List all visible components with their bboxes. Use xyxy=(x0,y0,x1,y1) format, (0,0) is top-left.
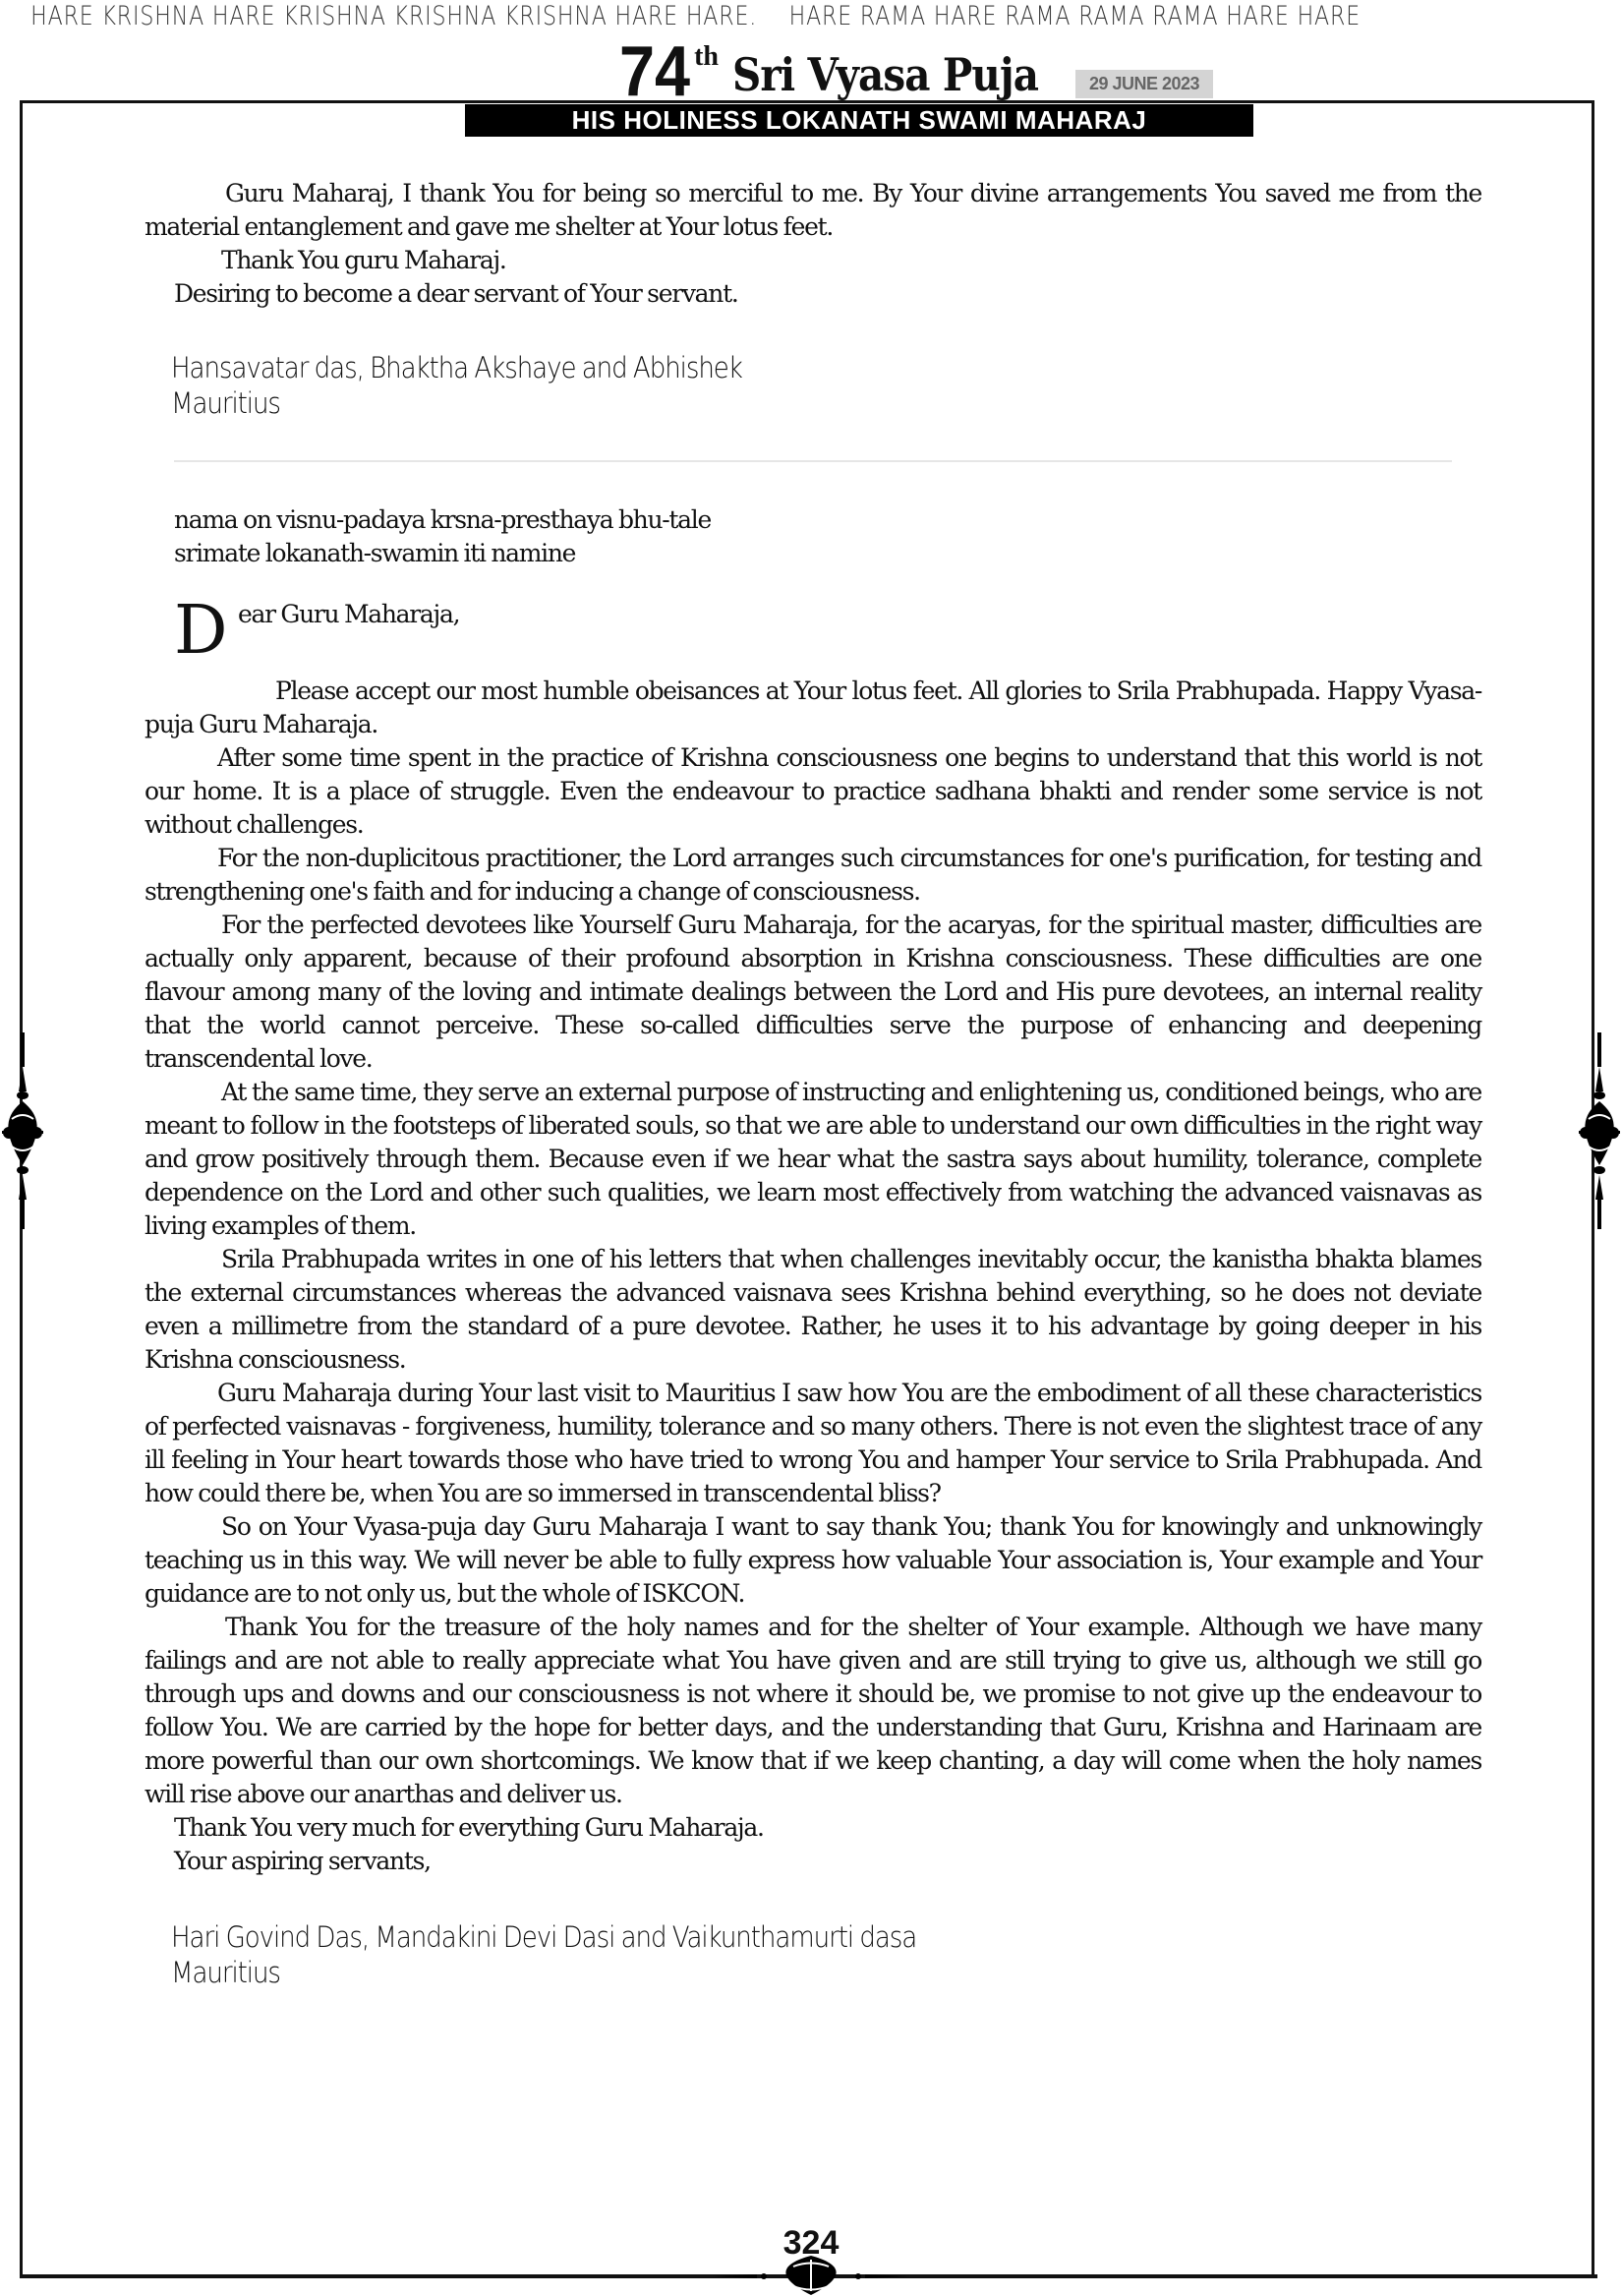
offering2-paragraph: Thank You for the treasure of the holy n… xyxy=(145,1611,1481,1811)
drop-cap: D xyxy=(174,598,226,665)
offering2-location: Mauritius xyxy=(145,1955,1348,1990)
offering1-paragraph: Guru Maharaj, I thank You for being so m… xyxy=(145,177,1481,244)
salutation-text: ear Guru Maharaja, xyxy=(238,598,459,631)
offering1-location: Mauritius xyxy=(145,385,1348,421)
page-content: Guru Maharaj, I thank You for being so m… xyxy=(145,177,1481,1990)
page-title: 74 th Sri Vyasa Puja xyxy=(619,37,1080,102)
offering2-paragraph: Please accept our most humble obeisances… xyxy=(145,675,1481,741)
date-badge: 29 JUNE 2023 xyxy=(1075,70,1213,98)
title-text: Sri Vyasa Puja xyxy=(732,47,1038,102)
salutation: D ear Guru Maharaja, xyxy=(145,598,1481,675)
offering2-paragraph: Srila Prabhupada writes in one of his le… xyxy=(145,1243,1481,1377)
mantra-header: HARE KRISHNA HARE KRISHNA KRISHNA KRISHN… xyxy=(0,0,1361,33)
offering1-signature: Hansavatar das, Bhaktha Akshaye and Abhi… xyxy=(145,350,1348,385)
offering2-closing-line: Thank You very much for everything Guru … xyxy=(145,1811,1481,1845)
right-ornament-icon xyxy=(1577,1032,1622,1229)
mantra-left: HARE KRISHNA HARE KRISHNA KRISHNA KRISHN… xyxy=(30,1,757,31)
title-number: 74 xyxy=(619,41,690,102)
verse-line: nama on visnu-padaya krsna-presthaya bhu… xyxy=(145,503,1481,537)
offering2-signature: Hari Govind Das, Mandakini Devi Dasi and… xyxy=(145,1919,1348,1955)
offering2-paragraph: Guru Maharaja during Your last visit to … xyxy=(145,1377,1481,1510)
offering2-closing-line: Your aspiring servants, xyxy=(145,1845,1481,1878)
offering2-paragraph: After some time spent in the practice of… xyxy=(145,741,1481,842)
mantra-right: HARE RAMA HARE RAMA RAMA RAMA HARE HARE xyxy=(789,1,1361,31)
offering2-paragraph: For the perfected devotees like Yourself… xyxy=(145,909,1481,1076)
offering1-closing: Desiring to become a dear servant of You… xyxy=(145,277,1481,311)
subtitle-banner: HIS HOLINESS LOKANATH SWAMI MAHARAJ xyxy=(465,104,1253,137)
offering2-paragraph: So on Your Vyasa-puja day Guru Maharaja … xyxy=(145,1510,1481,1611)
verse-line: srimate lokanath-swamin iti namine xyxy=(145,537,1481,570)
title-superscript: th xyxy=(694,41,719,73)
bottom-ornament-icon xyxy=(713,2252,909,2296)
offering1-paragraph: Thank You guru Maharaj. xyxy=(145,244,1481,277)
left-ornament-icon xyxy=(0,1032,45,1229)
offering2-paragraph: For the non-duplicitous practitioner, th… xyxy=(145,842,1481,909)
offering2-paragraph: At the same time, they serve an external… xyxy=(145,1076,1481,1243)
